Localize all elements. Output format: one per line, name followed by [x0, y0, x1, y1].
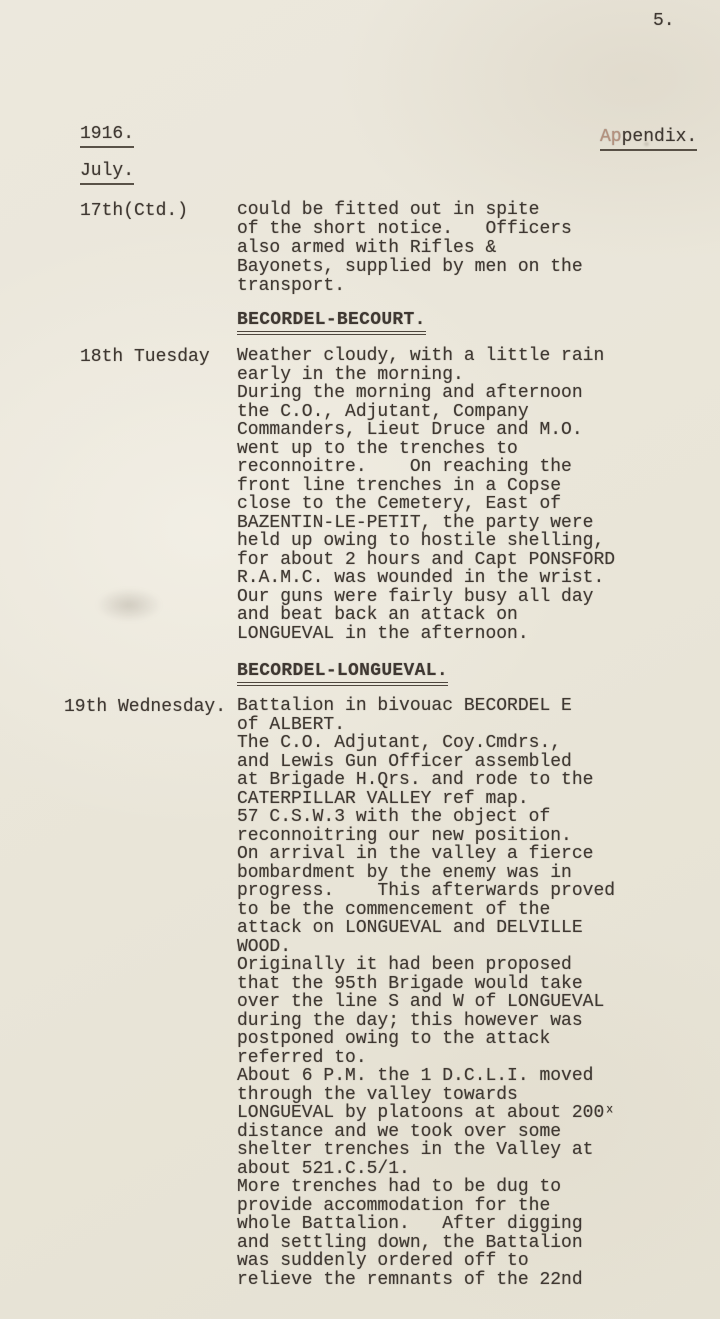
page-number: 5. — [653, 11, 675, 31]
text-line: Our guns were fairly busy all day — [237, 588, 615, 607]
text-line: BAZENTIN-LE-PETIT, the party were — [237, 514, 615, 533]
text-line: of the short notice. Officers — [237, 220, 583, 239]
section-heading-becordel-becourt: BECORDEL-BECOURT. — [237, 310, 426, 330]
entry-date-18th: 18th Tuesday — [80, 347, 210, 367]
year-heading: 1916. — [80, 124, 134, 144]
text-line: The C.O. Adjutant, Coy.Cmdrs., — [237, 734, 615, 753]
section-heading-label: BECORDEL-LONGUEVAL. — [237, 661, 448, 686]
text-line: close to the Cemetery, East of — [237, 495, 615, 514]
month-heading: July. — [80, 161, 134, 181]
text-line: through the valley towards — [237, 1086, 615, 1105]
entry-body-18th: Weather cloudy, with a little rainearly … — [237, 347, 615, 643]
text-line: CATERPILLAR VALLEY ref map. — [237, 790, 615, 809]
text-line: at Brigade H.Qrs. and rode to the — [237, 771, 615, 790]
text-line: LONGUEVAL by platoons at about 200ˣ — [237, 1104, 615, 1123]
text-line: Bayonets, supplied by men on the — [237, 258, 583, 277]
section-heading-becordel-longueval: BECORDEL-LONGUEVAL. — [237, 661, 448, 681]
text-line: went up to the trenches to — [237, 440, 615, 459]
text-line: for about 2 hours and Capt PONSFORD — [237, 551, 615, 570]
entry-body-19th: Battalion in bivouac BECORDEL Eof ALBERT… — [237, 697, 615, 1289]
text-line: R.A.M.C. was wounded in the wrist. — [237, 569, 615, 588]
appendix-heading: Appendix. — [600, 127, 697, 147]
text-line: Weather cloudy, with a little rain — [237, 347, 615, 366]
war-diary-page: 5. 1916. Appendix. July. 17th(Ctd.) coul… — [0, 0, 720, 1319]
text-line: LONGUEVAL in the afternoon. — [237, 625, 615, 644]
text-line: referred to. — [237, 1049, 615, 1068]
text-line: shelter trenches in the Valley at — [237, 1141, 615, 1160]
entry-date-17th: 17th(Ctd.) — [80, 201, 188, 221]
text-line: WOOD. — [237, 938, 615, 957]
section-heading-label: BECORDEL-BECOURT. — [237, 310, 426, 335]
text-line: and beat back an attack on — [237, 606, 615, 625]
text-line: front line trenches in a Copse — [237, 477, 615, 496]
entry-body-17th: could be fitted out in spiteof the short… — [237, 201, 583, 296]
text-line: 57 C.S.W.3 with the object of — [237, 808, 615, 827]
text-line: could be fitted out in spite — [237, 201, 583, 220]
text-line: about 521.C.5/1. — [237, 1160, 615, 1179]
appendix-rest-part: pendix. — [622, 127, 698, 147]
text-line: bombardment by the enemy was in — [237, 864, 615, 883]
appendix-label: Appendix. — [600, 127, 697, 151]
text-line: provide accommodation for the — [237, 1197, 615, 1216]
text-line: held up owing to hostile shelling, — [237, 532, 615, 551]
text-line: of ALBERT. — [237, 716, 615, 735]
month-label: July. — [80, 161, 134, 185]
text-line: During the morning and afternoon — [237, 384, 615, 403]
text-line: progress. This afterwards proved — [237, 882, 615, 901]
text-line: the C.O., Adjutant, Company — [237, 403, 615, 422]
text-line: Commanders, Lieut Druce and M.O. — [237, 421, 615, 440]
text-line: was suddenly ordered off to — [237, 1252, 615, 1271]
paper-smudge — [96, 588, 162, 622]
text-line: Originally it had been proposed — [237, 956, 615, 975]
year-label: 1916. — [80, 124, 134, 148]
text-line: and Lewis Gun Officer assembled — [237, 753, 615, 772]
text-line: More trenches had to be dug to — [237, 1178, 615, 1197]
text-line: over the line S and W of LONGUEVAL — [237, 993, 615, 1012]
text-line: relieve the remnants of the 22nd — [237, 1271, 615, 1290]
text-line: to be the commencement of the — [237, 901, 615, 920]
text-line: during the day; this however was — [237, 1012, 615, 1031]
text-line: distance and we took over some — [237, 1123, 615, 1142]
text-line: Battalion in bivouac BECORDEL E — [237, 697, 615, 716]
text-line: On arrival in the valley a fierce — [237, 845, 615, 864]
text-line: also armed with Rifles & — [237, 239, 583, 258]
text-line: attack on LONGUEVAL and DELVILLE — [237, 919, 615, 938]
text-line: reconnoitring our new position. — [237, 827, 615, 846]
text-line: postponed owing to the attack — [237, 1030, 615, 1049]
appendix-faded-part: Ap — [600, 127, 622, 147]
text-line: and settling down, the Battalion — [237, 1234, 615, 1253]
text-line: transport. — [237, 277, 583, 296]
text-line: whole Battalion. After digging — [237, 1215, 615, 1234]
entry-date-19th: 19th Wednesday. — [64, 697, 226, 717]
text-line: that the 95th Brigade would take — [237, 975, 615, 994]
text-line: early in the morning. — [237, 366, 615, 385]
text-line: reconnoitre. On reaching the — [237, 458, 615, 477]
text-line: About 6 P.M. the 1 D.C.L.I. moved — [237, 1067, 615, 1086]
